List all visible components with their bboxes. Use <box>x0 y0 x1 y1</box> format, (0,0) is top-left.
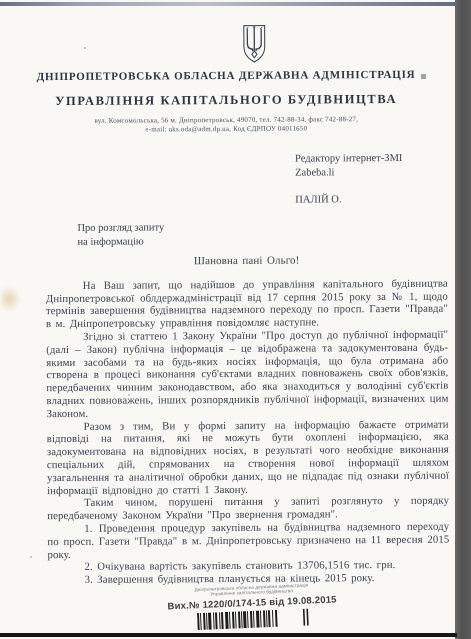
addressee-block: Редактору інтернет-ЗМІ Zabeba.li ПАЛІЙ О… <box>295 152 445 208</box>
subject-line2: на інформацію <box>77 235 227 250</box>
letter-body: Шановна пані Ольго! На Ваш запит, що над… <box>46 254 450 587</box>
paragraph-1: На Ваш запит, що надійшов до управління … <box>46 277 448 331</box>
list-item-1: 1. Проведення процедур закупівель на буд… <box>47 521 449 562</box>
org-name-line2: УПРАВЛІННЯ КАПІТАЛЬНОГО БУДІВНИЦТВА <box>0 92 454 109</box>
scan-right-edge <box>455 0 471 639</box>
scanned-letter: ДНІПРОПЕТРОВСЬКА ОБЛАСНА ДЕРЖАВНА АДМІНІ… <box>0 0 471 639</box>
contact-email: e-mail: uks.oda@adm.dp.ua, Код ЄДРПОУ 04… <box>0 124 454 136</box>
ukraine-trident-icon <box>241 21 267 67</box>
registration-stamp: Дніпропетровська обласна державна адміні… <box>149 581 356 632</box>
greeting: Шановна пані Ольго! <box>46 254 448 269</box>
addressee-role: Редактору інтернет-ЗМІ <box>295 152 445 167</box>
paragraph-4: Таким чином, порушені питання у запиті р… <box>47 495 449 523</box>
org-contact-block: вул. Комсомольська, 56 м. Дніпропетровсь… <box>0 115 454 136</box>
subject-block: Про розгляд запиту на інформацію <box>77 221 227 250</box>
org-name-line1: ДНІПРОПЕТРОВСЬКА ОБЛАСНА ДЕРЖАВНА АДМІНІ… <box>0 69 454 85</box>
subject-line1: Про розгляд запиту <box>77 221 227 236</box>
addressee-media: Zabeba.li <box>295 166 445 181</box>
list-item-2: 2. Очікувана вартість закупівель станови… <box>47 559 449 574</box>
paragraph-2: Згідно зі статтею 1 Закону України "Про … <box>46 329 449 421</box>
paragraph-3: Разом з тим, Ви у формі запиту на інформ… <box>47 418 449 497</box>
addressee-name: ПАЛІЙ О. <box>295 193 445 208</box>
letter-content: ДНІПРОПЕТРОВСЬКА ОБЛАСНА ДЕРЖАВНА АДМІНІ… <box>0 0 457 639</box>
